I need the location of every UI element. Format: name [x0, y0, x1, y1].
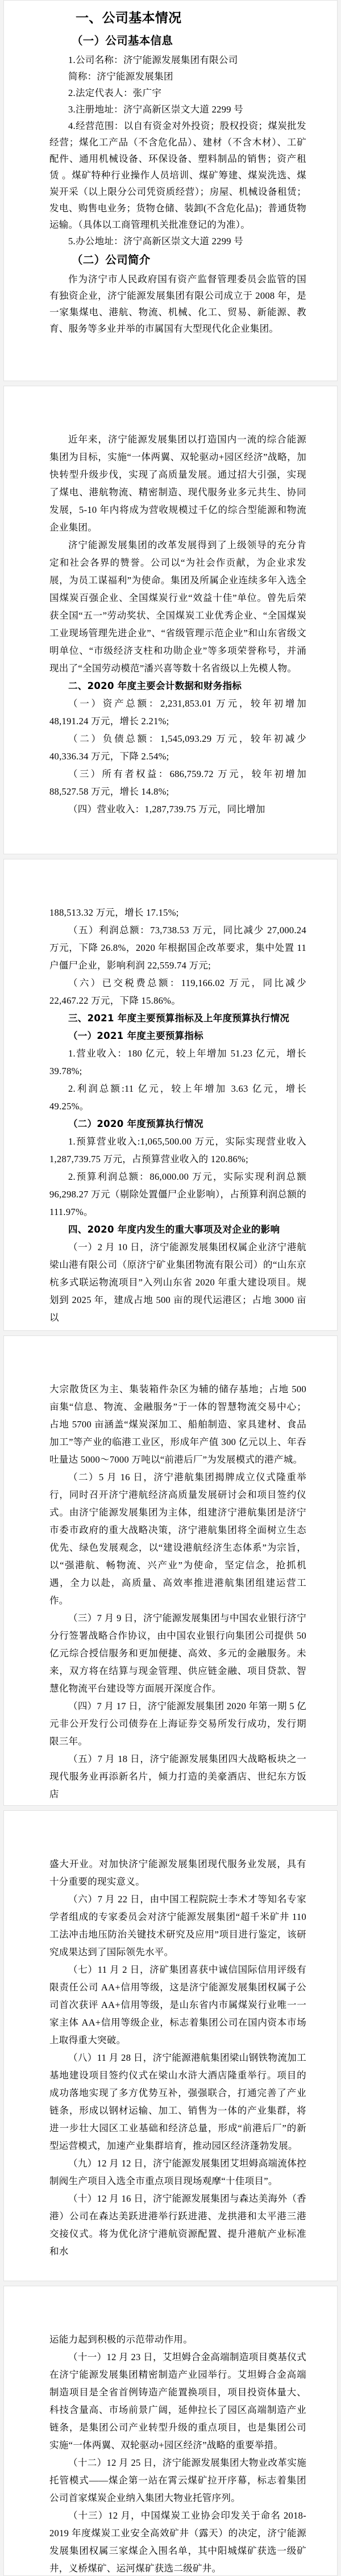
section-heading-level-1: 一、公司基本情况	[49, 6, 306, 30]
document-page-6: 运能力起到积极的示范带动作用。（十一）12 月 23 日，艾坦姆合金高端制造项目…	[3, 2286, 338, 2576]
document-page-4: 大宗散货区为主、集装箱件杂区为辅的储存基地；占地 500 亩集“信息、物流、金融…	[3, 1335, 338, 1806]
paragraph: （六）已交税费总额：119,166.02 万元，同比减少 22,467.22 万…	[49, 974, 306, 1009]
paragraph: 2.预算利润总额：86,000.00 万元，实际实现利润总额 96,298.27…	[49, 1168, 306, 1221]
section-heading-level-2: （二）公司简介	[49, 249, 306, 271]
section-heading-level-2: （一）2021 年度主要预算指标	[49, 1027, 306, 1045]
paragraph: （二）负债总额：1,545,093.29 万元，较年初减少 40,336.34 …	[49, 730, 306, 765]
paragraph: 近年来，济宁能源发展集团以打造国内一流的综合能源集团为目标，实施“一体两翼、双轮…	[49, 431, 306, 536]
paragraph: 2.法定代表人：张广宇	[49, 85, 306, 101]
document-page-5: 盛大开业。对加快济宁能源发展集团现代服务业发展，具有十分重要的现实意义。（六）7…	[3, 1810, 338, 2281]
paragraph: 3.注册地址：济宁高新区崇文大道 2299 号	[49, 101, 306, 118]
paragraph: （十二）12 月 25 日，济宁能源发展集团大物业改革实施托管模式——煤企第一站…	[49, 2454, 306, 2507]
paragraph: 简称：济宁能源发展集团	[49, 68, 306, 85]
paragraph: （六）7 月 22 日，由中国工程院院士李术才等知名专家学者组成的专家委员会对济…	[49, 1890, 306, 1961]
paragraph: 济宁能源发展集团的改革发展得到了上级领导的充分肯定和社会各界的赞誉。公司以“为社…	[49, 536, 306, 677]
paragraph: 1.公司名称：济宁能源发展集团有限公司	[49, 52, 306, 68]
paragraph: （五）利润总额：73,738.53 万元，同比减少 27,000.24 万元，下…	[49, 921, 306, 974]
paragraph: 5.办公地址：济宁高新区崇文大道 2299 号	[49, 233, 306, 249]
paragraph: （十）12 月 16 日，济宁能源发展集团与森达美海外（香港）公司在森达美跃进港…	[49, 2190, 306, 2260]
paragraph-continuation: 盛大开业。对加快济宁能源发展集团现代服务业发展，具有十分重要的现实意义。	[49, 1855, 306, 1890]
paragraph: （一）资产总额：2,231,853.01 万元，较年初增加 48,191.24 …	[49, 695, 306, 730]
paragraph: （二）5 月 16 日，济宁港航集团揭牌成立仪式隆重举行，同时召开济宁港航经济高…	[49, 1468, 306, 1609]
paragraph: （十三）12 月，中国煤炭工业协会印发关于命名 2018-2019 年度煤炭工业…	[49, 2507, 306, 2576]
document-page-2: 近年来，济宁能源发展集团以打造国内一流的综合能源集团为目标，实施“一体两翼、双轮…	[3, 386, 338, 854]
paragraph-continuation: 运能力起到积极的示范带动作用。	[49, 2331, 306, 2348]
paragraph-continuation: 188,513.32 万元，增长 17.15%;	[49, 904, 306, 921]
paragraph: （一）2 月 10 日，济宁能源发展集团权属企业济宁港航梁山港有限公司（原济宁矿…	[49, 1238, 306, 1326]
section-heading-level-1: 三、2021 年度主要预算指标及上年度预算执行情况	[49, 1009, 306, 1027]
section-heading-level-2: （一）公司基本信息	[49, 30, 306, 52]
document-viewer: 一、公司基本情况（一）公司基本信息1.公司名称：济宁能源发展集团有限公司简称：济…	[0, 0, 341, 2576]
document-page-1: 一、公司基本情况（一）公司基本信息1.公司名称：济宁能源发展集团有限公司简称：济…	[3, 0, 338, 381]
paragraph: （四）7 月 17 日，济宁能源发展集团 2020 年第一期 5 亿元非公开发行…	[49, 1697, 306, 1750]
paragraph: （八）11 月 28 日，济宁能源港航集团梁山钢铁物流加工基地建设项目签约仪式在…	[49, 2049, 306, 2155]
section-heading-level-1: 四、2020 年度内发生的重大事项及对企业的影响	[49, 1221, 306, 1238]
paragraph: （十一）12 月 23 日，艾坦姆合金高端制造项目奠基仪式在济宁能源发展集团精密…	[49, 2348, 306, 2454]
paragraph: 2.利润总额:11 亿元，较上年增加 3.63 亿元，增长 49.25%。	[49, 1080, 306, 1115]
paragraph: （三）所有者权益：686,759.72 万元，较年初增加 88,527.58 万…	[49, 765, 306, 800]
paragraph: （三）7 月 9 日，济宁能源发展集团与中国农业银行济宁分行签署战略合作协议，由…	[49, 1609, 306, 1697]
paragraph: （四）营业收入：1,287,739.75 万元，同比增加	[49, 800, 306, 818]
section-heading-level-1: 二、2020 年度主要会计数据和财务指标	[49, 677, 306, 695]
paragraph: 作为济宁市人民政府国有资产监督管理委员会监管的国有独资企业，济宁能源发展集团有限…	[49, 271, 306, 337]
paragraph: （五）7 月 18 日，济宁能源发展集团四大战略板块之一现代服务业再添新名片，倾…	[49, 1750, 306, 1803]
document-page-3: 188,513.32 万元，增长 17.15%;（五）利润总额：73,738.5…	[3, 859, 338, 1331]
paragraph: （七）11 月 2 日，济矿集团喜获中诚信国际信用评级有限责任公司 AA+信用等…	[49, 1961, 306, 2049]
paragraph: 1.预算营业收入:1,065,500.00 万元，实际实现营业收入 1,287,…	[49, 1133, 306, 1168]
paragraph: 4.经营范围：以自有资金对外投资；股权投资；煤炭批发经营；煤化工产品（不含危化品…	[49, 118, 306, 233]
paragraph: （九）12 月 12 日，济宁能源发展集团艾坦姆高端流体控制阀生产项目入选全市重…	[49, 2155, 306, 2190]
paragraph: 1.营业收入：180 亿元，较上年增加 51.23 亿元，增长 39.78%;	[49, 1045, 306, 1080]
section-heading-level-2: （二）2020 年度预算执行情况	[49, 1115, 306, 1133]
paragraph-continuation: 大宗散货区为主、集装箱件杂区为辅的储存基地；占地 500 亩集“信息、物流、金融…	[49, 1380, 306, 1468]
